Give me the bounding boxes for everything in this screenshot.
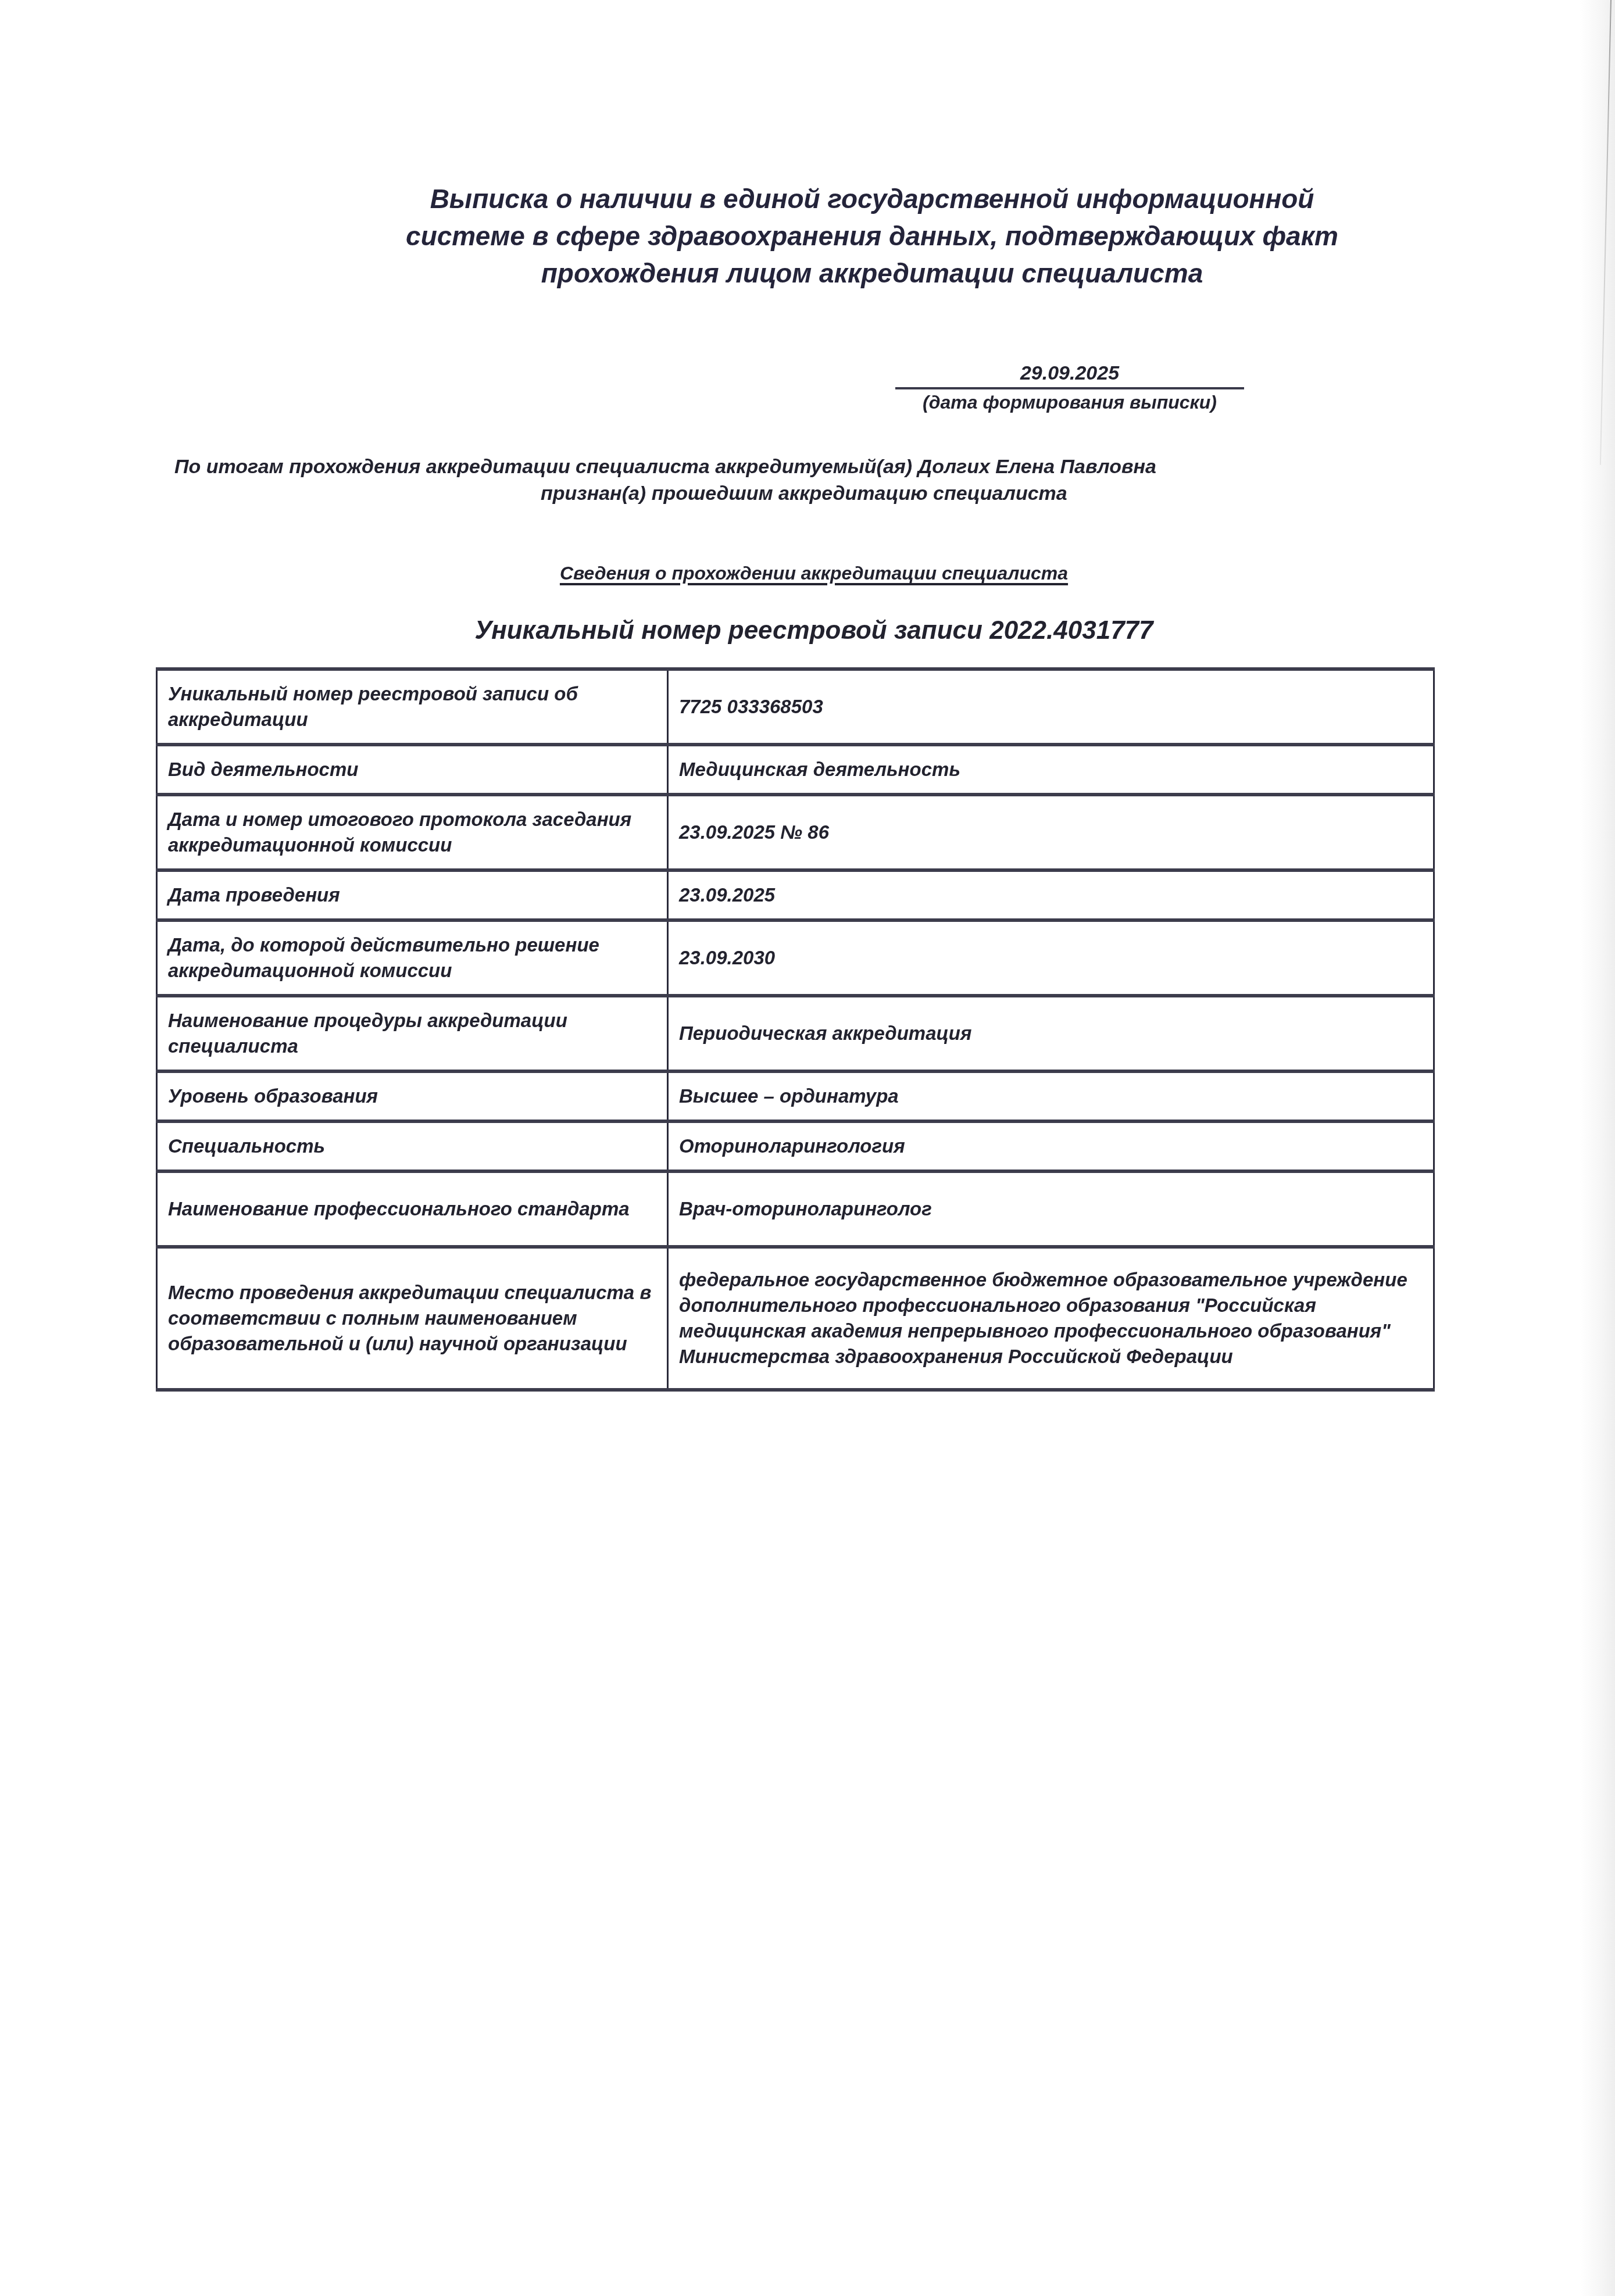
title-line: Выписка о наличии в единой государственн…	[326, 180, 1419, 217]
registry-number: Уникальный номер реестровой записи 2022.…	[407, 616, 1221, 645]
row-value: 7725 033368503	[668, 669, 1434, 745]
row-label: Наименование профессионального стандарта	[157, 1171, 668, 1247]
table-row: Уровень образования Высшее – ординатура	[157, 1071, 1434, 1121]
row-label: Вид деятельности	[157, 745, 668, 795]
row-label: Место проведения аккредитации специалист…	[157, 1247, 668, 1390]
title-line: прохождения лицом аккредитации специалис…	[326, 255, 1419, 292]
row-value: 23.09.2025 № 86	[668, 795, 1434, 870]
row-value: Врач-оториноларинголог	[668, 1171, 1434, 1247]
row-value: Высшее – ординатура	[668, 1071, 1434, 1121]
row-value: федеральное государственное бюджетное об…	[668, 1247, 1434, 1390]
section-heading: Сведения о прохождении аккредитации спец…	[465, 563, 1163, 584]
row-label: Дата проведения	[157, 870, 668, 920]
row-label: Уровень образования	[157, 1071, 668, 1121]
row-label: Дата и номер итогового протокола заседан…	[157, 795, 668, 870]
row-value: Медицинская деятельность	[668, 745, 1434, 795]
table-row: Место проведения аккредитации специалист…	[157, 1247, 1434, 1390]
row-label: Специальность	[157, 1121, 668, 1171]
formation-date-caption: (дата формирования выписки)	[895, 389, 1244, 415]
row-label: Дата, до которой действительно решение а…	[157, 920, 668, 996]
result-line: признан(а) прошедшим аккредитацию специа…	[174, 480, 1267, 507]
row-value: Периодическая аккредитация	[668, 996, 1434, 1071]
row-label: Наименование процедуры аккредитации спец…	[157, 996, 668, 1071]
row-value: 23.09.2025	[668, 870, 1434, 920]
row-value: Оториноларингология	[668, 1121, 1434, 1171]
title-line: системе в сфере здравоохранения данных, …	[326, 217, 1419, 255]
document-title: Выписка о наличии в единой государственн…	[326, 180, 1419, 292]
accreditation-result-statement: По итогам прохождения аккредитации специ…	[174, 453, 1267, 507]
table-row: Специальность Оториноларингология	[157, 1121, 1434, 1171]
table-row: Наименование процедуры аккредитации спец…	[157, 996, 1434, 1071]
table-row: Уникальный номер реестровой записи об ак…	[157, 669, 1434, 745]
row-value: 23.09.2030	[668, 920, 1434, 996]
formation-date-block: 29.09.2025 (дата формирования выписки)	[895, 360, 1244, 415]
table-row: Дата проведения 23.09.2025	[157, 870, 1434, 920]
result-line: По итогам прохождения аккредитации специ…	[174, 453, 1267, 480]
accreditation-details-table: Уникальный номер реестровой записи об ак…	[156, 667, 1435, 1392]
table-row: Наименование профессионального стандарта…	[157, 1171, 1434, 1247]
row-label: Уникальный номер реестровой записи об ак…	[157, 669, 668, 745]
formation-date: 29.09.2025	[895, 360, 1244, 389]
document-page: Выписка о наличии в единой государственн…	[0, 0, 1615, 2296]
table-row: Дата, до которой действительно решение а…	[157, 920, 1434, 996]
scan-page-edge	[1580, 0, 1615, 2296]
table-row: Дата и номер итогового протокола заседан…	[157, 795, 1434, 870]
table-row: Вид деятельности Медицинская деятельност…	[157, 745, 1434, 795]
